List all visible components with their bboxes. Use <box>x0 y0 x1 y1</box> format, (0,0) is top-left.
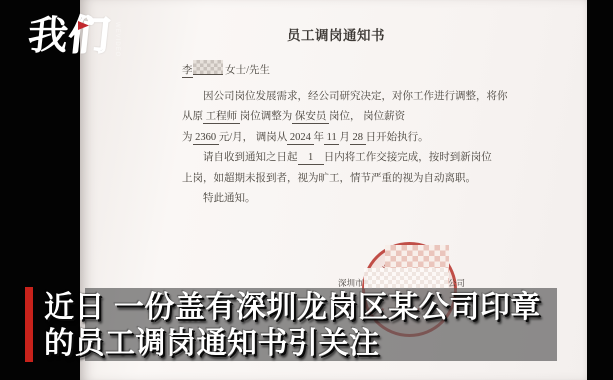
caption-line-1: 近日 一份盖有深圳龙岗区某公司印章 <box>44 290 541 326</box>
caption-line-2: 的员工调岗通知书引关注 <box>44 326 541 362</box>
document-text: 为 <box>182 132 193 143</box>
filled-blank-text: 工程师 <box>203 111 240 124</box>
document-text: 岗位， 岗位薪资 <box>329 111 405 122</box>
filled-blank-text: 1 <box>298 152 324 165</box>
name-mosaic-censor <box>193 60 223 75</box>
logo-char-outline: 们 <box>66 12 111 60</box>
filled-blank-text: 2024 <box>287 132 313 145</box>
filled-blank-text: 28 <box>350 132 366 145</box>
document-text: 上岗，如超期未报到者，视为旷工，情节严重的视为自动离职。 <box>182 173 476 184</box>
document-text: 元/月， 调岗从 <box>219 132 288 143</box>
caption-accent-bar <box>25 287 33 362</box>
document-line: 特此通知。 <box>182 189 508 210</box>
filled-blank-text: 保安员 <box>292 111 329 124</box>
document-line: 从原 工程师 岗位调整为 保安员 岗位， 岗位薪资 <box>182 107 508 128</box>
document-text: 日开始执行。 <box>366 132 429 143</box>
logo-wordmark: WEVIDEO <box>114 22 120 57</box>
document-text: 从原 <box>182 111 203 122</box>
filled-blank-text: 11 <box>324 132 339 145</box>
document-line: 为 2360 元/月， 调岗从 2024 年 11 月 28 日开始执行。 <box>182 128 508 149</box>
news-caption: 近日 一份盖有深圳龙岗区某公司印章 的员工调岗通知书引关注 <box>44 290 541 362</box>
document-line: 请自收到通知之日起 1 日内将工作交接完成，按时到新岗位 <box>182 148 508 169</box>
video-frame: 员工调岗通知书 李 女士/先生因公司岗位发展需求，经公司研究决定，对你工作进行调… <box>0 0 613 380</box>
document-text: 请自收到通知之日起 <box>203 152 298 163</box>
filled-blank-text: 李 <box>182 65 193 78</box>
document-line: 上岗，如超期未报到者，视为旷工，情节严重的视为自动离职。 <box>182 169 508 190</box>
document-text: 日内将工作交接完成，按时到新岗位 <box>324 152 492 163</box>
document-text: 特此通知。 <box>203 193 256 204</box>
document-text: 岗位调整为 <box>240 111 293 122</box>
document-title: 员工调岗通知书 <box>287 24 385 44</box>
filled-blank-text: 2360 <box>193 132 219 145</box>
wevideo-logo: 我 们 WEVIDEO <box>28 12 128 67</box>
document-body: 李 女士/先生因公司岗位发展需求，经公司研究决定，对你工作进行调整，将你从原 工… <box>182 60 508 210</box>
company-name-mosaic-censor <box>364 268 448 289</box>
document-text: 因公司岗位发展需求，经公司研究决定，对你工作进行调整，将你 <box>203 91 508 102</box>
document-text: 女士/先生 <box>223 65 271 76</box>
document-line: 因公司岗位发展需求，经公司研究决定，对你工作进行调整，将你 <box>182 87 508 108</box>
document-line: 李 女士/先生 <box>182 60 508 82</box>
document-text: 月 <box>339 132 350 143</box>
logo-char-solid: 我 <box>25 12 70 60</box>
document-text: 年 <box>314 132 325 143</box>
